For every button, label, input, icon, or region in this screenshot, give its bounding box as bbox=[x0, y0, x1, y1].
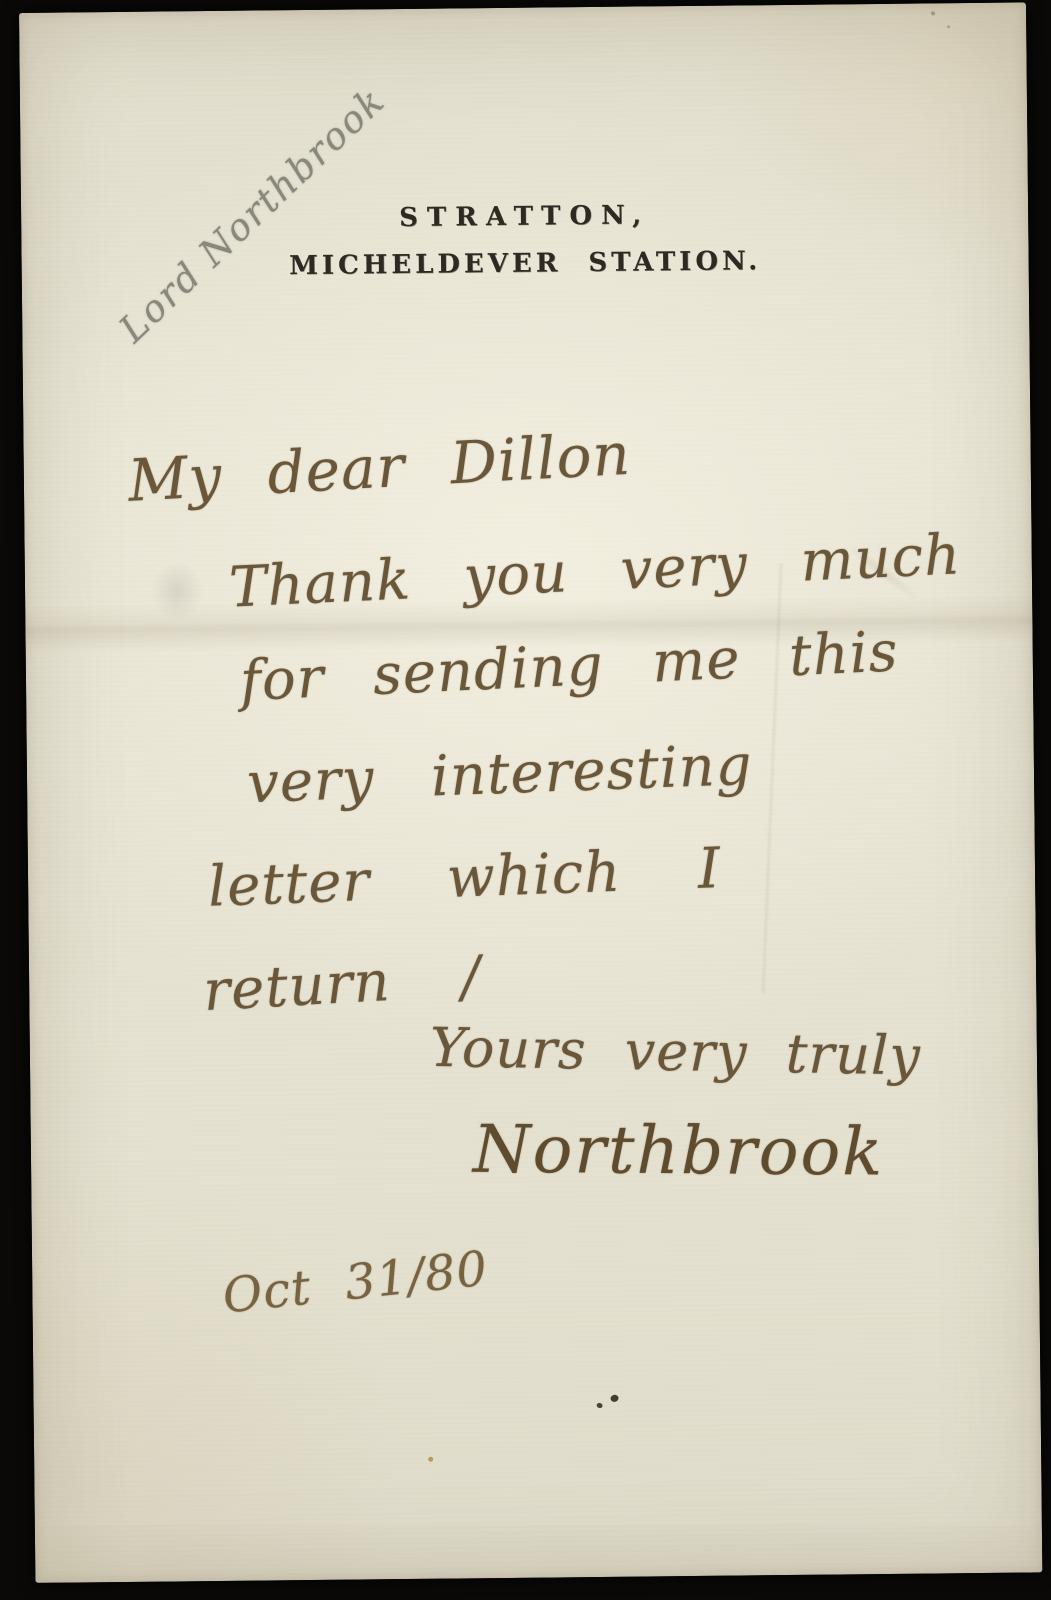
scan-background: Lord Northbrook STRATTON, MICHELDEVER ST… bbox=[0, 0, 1051, 1600]
pencil-smudge bbox=[141, 549, 214, 634]
closing-line: Yours very truly bbox=[429, 1016, 921, 1088]
salutation-line: My dear Dillon bbox=[126, 420, 632, 515]
letterhead-line2: MICHELDEVER STATION. bbox=[22, 243, 1029, 284]
letterhead: STRATTON, MICHELDEVER STATION. bbox=[21, 196, 1029, 284]
signature: Northbrook bbox=[473, 1111, 885, 1191]
ink-speck bbox=[610, 1394, 620, 1403]
date-line: Oct 31/80 bbox=[220, 1241, 491, 1325]
body-line-4: letter which I bbox=[207, 836, 722, 920]
paper-speck bbox=[947, 25, 950, 28]
ink-speck bbox=[596, 1402, 603, 1409]
paper-speck bbox=[931, 11, 935, 15]
body-line-3: very interesting bbox=[246, 733, 754, 816]
letter-paper: Lord Northbrook STRATTON, MICHELDEVER ST… bbox=[19, 2, 1042, 1582]
body-line-5: return / bbox=[202, 944, 483, 1024]
letterhead-line1: STRATTON, bbox=[21, 196, 1028, 237]
paper-freckle bbox=[428, 1457, 433, 1462]
